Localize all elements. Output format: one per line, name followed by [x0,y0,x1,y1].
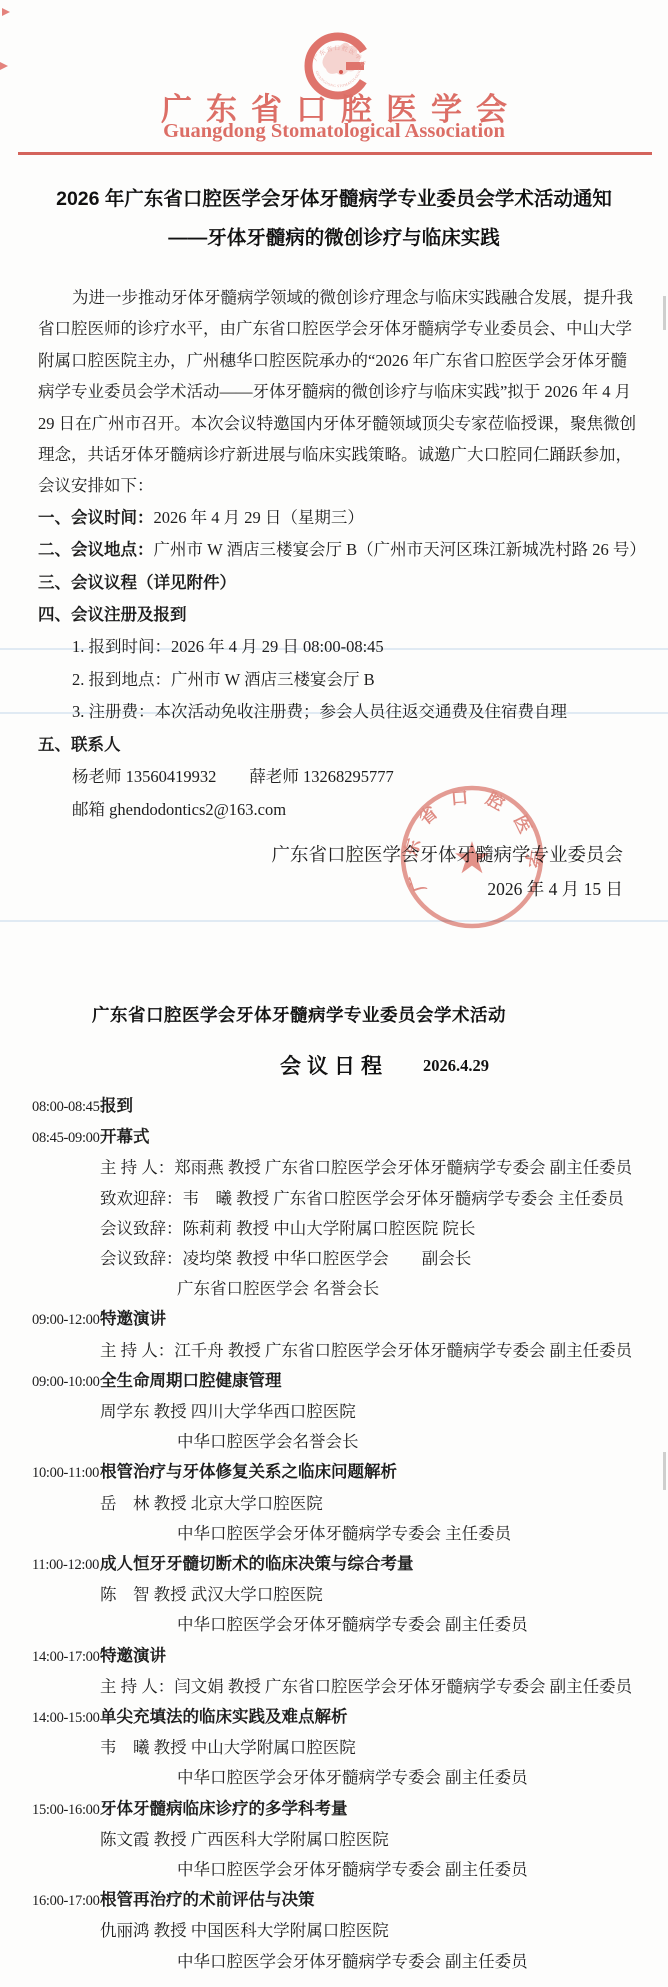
schedule-text: 仇丽鸿 教授 中国医科大学附属口腔医院 [100,1921,389,1940]
org-name-english: Guangdong Stomatological Association [0,120,668,143]
notice-item: 一、会议时间：2026 年 4 月 29 日（星期三） [38,502,638,534]
notice-paragraph: 为进一步推动牙体牙髓病学领域的微创诊疗理念与临床实践融合发展，提升我 省口腔医师… [38,282,638,502]
schedule-row: 主 持 人：郑雨燕 教授 广东省口腔医学会牙体牙髓病学专委会 副主任委员 [0,1153,668,1183]
schedule-row: 中华口腔医学会牙体牙髓病学专委会 副主任委员 [0,1610,668,1640]
notice-title-line2: ——牙体牙髓病的微创诊疗与临床实践 [0,219,668,258]
schedule-row: 14:00-15:00单尖充填法的临床实践及难点解析 [0,1702,668,1733]
schedule-row: 周学东 教授 四川大学华西口腔医院 [0,1397,668,1427]
schedule-row: 中华口腔医学会牙体牙髓病学专委会 主任委员 [0,1519,668,1549]
schedule-row: 14:00-17:00特邀演讲 [0,1641,668,1672]
schedule-row: 中华口腔医学会牙体牙髓病学专委会 副主任委员 [0,1947,668,1977]
paragraph-line: 理念，共话牙体牙髓病诊疗新进展与临床实践策略。诚邀广大口腔同仁踊跃参加， [38,439,638,470]
seal-star-icon: ★ [452,834,491,883]
item-text: 3. 注册费：本次活动免收注册费；参会人员往返交通费及住宿费自理 [72,702,567,721]
notice-item: 三、会议议程（详见附件） [38,567,638,599]
schedule-row: 15:00-16:00牙体牙髓病临床诊疗的多学科考量 [0,1794,668,1825]
item-label: 二、会议地点： [38,541,154,559]
schedule-text: 陈文霞 教授 广西医科大学附属口腔医院 [100,1830,389,1849]
schedule-text: 广东省口腔医学会 名誉会长 [177,1279,379,1298]
schedule-row: 中华口腔医学会名誉会长 [0,1427,668,1457]
schedule-session-title: 牙体牙髓病临床诊疗的多学科考量 [100,1800,348,1818]
official-seal-icon: 广东省口腔医学会 ★ [394,777,550,933]
schedule-session-title: 开幕式 [100,1128,150,1146]
schedule-session-title: 特邀演讲 [100,1310,166,1328]
schedule-row: 08:45-09:00开幕式 [0,1122,668,1153]
item-text: 2. 报到地点：广州市 W 酒店三楼宴会厅 B [72,670,375,689]
schedule-row: 陈文霞 教授 广西医科大学附属口腔医院 [0,1825,668,1855]
schedule-row: 16:00-17:00根管再治疗的术前评估与决策 [0,1885,668,1916]
schedule-time: 10:00-11:00 [32,1458,100,1488]
item-text: 杨老师 13560419932 薛老师 13268295777 [72,767,394,786]
schedule-row: 主 持 人：江千舟 教授 广东省口腔医学会牙体牙髓病学专委会 副主任委员 [0,1336,668,1366]
schedule-row: 主 持 人：闫文娟 教授 广东省口腔医学会牙体牙髓病学专委会 副主任委员 [0,1672,668,1702]
schedule-time: 09:00-12:00 [32,1305,100,1335]
notice-title-line1: 2026 年广东省口腔医学会牙体牙髓病学专业委员会学术活动通知 [0,180,668,219]
schedule-text: 中华口腔医学会牙体牙髓病学专委会 副主任委员 [177,1615,528,1634]
schedule-row: 10:00-11:00根管治疗与牙体修复关系之临床问题解析 [0,1457,668,1488]
schedule-row: 岳 林 教授 北京大学口腔医院 [0,1489,668,1519]
schedule-time: 15:00-16:00 [32,1795,100,1825]
notice-item: 二、会议地点：广州市 W 酒店三楼宴会厅 B（广州市天河区珠江新城冼村路 26 … [38,534,638,566]
schedule-session-title: 根管再治疗的术前评估与决策 [100,1891,315,1909]
schedule-text: 陈 智 教授 武汉大学口腔医院 [100,1585,323,1604]
schedule-text: 主 持 人：郑雨燕 教授 广东省口腔医学会牙体牙髓病学专委会 副主任委员 [100,1158,632,1177]
schedule-row: 09:00-12:00特邀演讲 [0,1304,668,1335]
item-label: 四、会议注册及报到 [38,606,187,624]
schedule-time: 14:00-17:00 [32,1642,100,1672]
notice-item: 五、联系人 [38,729,638,761]
paragraph-line: 省口腔医师的诊疗水平，由广东省口腔医学会牙体牙髓病学专业委员会、中山大学 [38,313,638,344]
scan-artifact [663,296,666,330]
schedule-text: 致欢迎辞：韦 曦 教授 广东省口腔医学会牙体牙髓病学专委会 主任委员 [100,1189,624,1208]
item-text: 1. 报到时间：2026 年 4 月 29 日 08:00-08:45 [72,637,384,656]
scanned-notice-document: 广东省口腔医学会 GUANGDONG STOMATOLOGICAL ASSOCI… [0,0,668,1987]
schedule-session-title: 报到 [100,1097,133,1115]
schedule-text: 中华口腔医学会牙体牙髓病学专委会 副主任委员 [177,1952,528,1971]
schedule-title: 广东省口腔医学会牙体牙髓病学专业委员会学术活动 [92,1002,506,1027]
notice-item: 四、会议注册及报到 [38,599,638,631]
schedule-session-title: 单尖充填法的临床实践及难点解析 [100,1708,348,1726]
schedule-row: 陈 智 教授 武汉大学口腔医院 [0,1580,668,1610]
schedule-text: 会议致辞：凌均棨 教授 中华口腔医学会 副会长 [100,1249,471,1268]
paragraph-line: 会议安排如下： [38,470,638,501]
schedule-text: 周学东 教授 四川大学华西口腔医院 [100,1402,356,1421]
schedule-time: 09:00-10:00 [32,1367,100,1397]
schedule-text: 韦 曦 教授 中山大学附属口腔医院 [100,1738,356,1757]
schedule-session-title: 根管治疗与牙体修复关系之临床问题解析 [100,1463,397,1481]
schedule-row: 会议致辞：凌均棨 教授 中华口腔医学会 副会长 [0,1244,668,1274]
item-label: 一、会议时间： [38,509,154,527]
letterhead-rule [18,152,652,155]
schedule-row: 致欢迎辞：韦 曦 教授 广东省口腔医学会牙体牙髓病学专委会 主任委员 [0,1184,668,1214]
item-text: 邮箱 ghendodontics2@163.com [72,800,286,819]
item-label: 五、联系人 [38,736,121,754]
schedule-time: 08:45-09:00 [32,1123,100,1153]
scan-artifact [0,62,8,70]
item-label: 三、会议议程（详见附件） [38,574,236,592]
schedule-row: 仇丽鸿 教授 中国医科大学附属口腔医院 [0,1916,668,1946]
schedule-list: 08:00-08:45报到 08:45-09:00开幕式 主 持 人：郑雨燕 教… [0,1091,668,1977]
scan-artifact [0,920,668,922]
schedule-time: 16:00-17:00 [32,1886,100,1916]
schedule-text: 岳 林 教授 北京大学口腔医院 [100,1494,323,1513]
schedule-row: 韦 曦 教授 中山大学附属口腔医院 [0,1733,668,1763]
schedule-row: 08:00-08:45报到 [0,1091,668,1122]
schedule-session-title: 特邀演讲 [100,1647,166,1665]
schedule-time: 11:00-12:00 [32,1550,100,1580]
schedule-text: 主 持 人：闫文娟 教授 广东省口腔医学会牙体牙髓病学专委会 副主任委员 [100,1677,632,1696]
schedule-row: 11:00-12:00成人恒牙牙髓切断术的临床决策与综合考量 [0,1549,668,1580]
notice-item: 1. 报到时间：2026 年 4 月 29 日 08:00-08:45 [38,631,638,663]
schedule-session-title: 全生命周期口腔健康管理 [100,1372,282,1390]
schedule-session-title: 成人恒牙牙髓切断术的临床决策与综合考量 [100,1555,414,1573]
scan-artifact [2,8,10,16]
schedule-row: 会议致辞：陈莉莉 教授 中山大学附属口腔医院 院长 [0,1214,668,1244]
schedule-text: 中华口腔医学会牙体牙髓病学专委会 副主任委员 [177,1860,528,1879]
schedule-text: 中华口腔医学会牙体牙髓病学专委会 副主任委员 [177,1768,528,1787]
schedule-row: 中华口腔医学会牙体牙髓病学专委会 副主任委员 [0,1763,668,1793]
paragraph-line: 为进一步推动牙体牙髓病学领域的微创诊疗理念与临床实践融合发展，提升我 [38,282,638,313]
schedule-text: 中华口腔医学会名誉会长 [177,1432,359,1451]
notice-item: 3. 注册费：本次活动免收注册费；参会人员往返交通费及住宿费自理 [38,696,638,728]
schedule-date: 2026.4.29 [423,1056,489,1076]
paragraph-line: 29 日在广州市召开。本次会议特邀国内牙体牙髓领域顶尖专家莅临授课，聚焦微创 [38,408,638,439]
schedule-text: 中华口腔医学会牙体牙髓病学专委会 主任委员 [177,1524,511,1543]
schedule-row: 广东省口腔医学会 名誉会长 [0,1274,668,1304]
notice-title: 2026 年广东省口腔医学会牙体牙髓病学专业委员会学术活动通知 ——牙体牙髓病的… [0,180,668,258]
schedule-row: 中华口腔医学会牙体牙髓病学专委会 副主任委员 [0,1855,668,1885]
schedule-text: 主 持 人：江千舟 教授 广东省口腔医学会牙体牙髓病学专委会 副主任委员 [100,1341,632,1360]
notice-body: 为进一步推动牙体牙髓病学领域的微创诊疗理念与临床实践融合发展，提升我 省口腔医师… [38,282,638,826]
item-text: 广州市 W 酒店三楼宴会厅 B（广州市天河区珠江新城冼村路 26 号） [154,540,646,559]
schedule-time: 08:00-08:45 [32,1092,100,1122]
item-text: 2026 年 4 月 29 日（星期三） [154,508,364,527]
notice-item: 2. 报到地点：广州市 W 酒店三楼宴会厅 B [38,664,638,696]
schedule-subtitle: 会议日程 [280,1050,388,1080]
schedule-row: 09:00-10:00全生命周期口腔健康管理 [0,1366,668,1397]
schedule-time: 14:00-15:00 [32,1703,100,1733]
schedule-text: 会议致辞：陈莉莉 教授 中山大学附属口腔医院 院长 [100,1219,475,1238]
paragraph-line: 病学专业委员会学术活动——牙体牙髓病的微创诊疗与临床实践”拟于 2026 年 4… [38,376,638,407]
paragraph-line: 附属口腔医院主办，广州穗华口腔医院承办的“2026 年广东省口腔医学会牙体牙髓 [38,345,638,376]
